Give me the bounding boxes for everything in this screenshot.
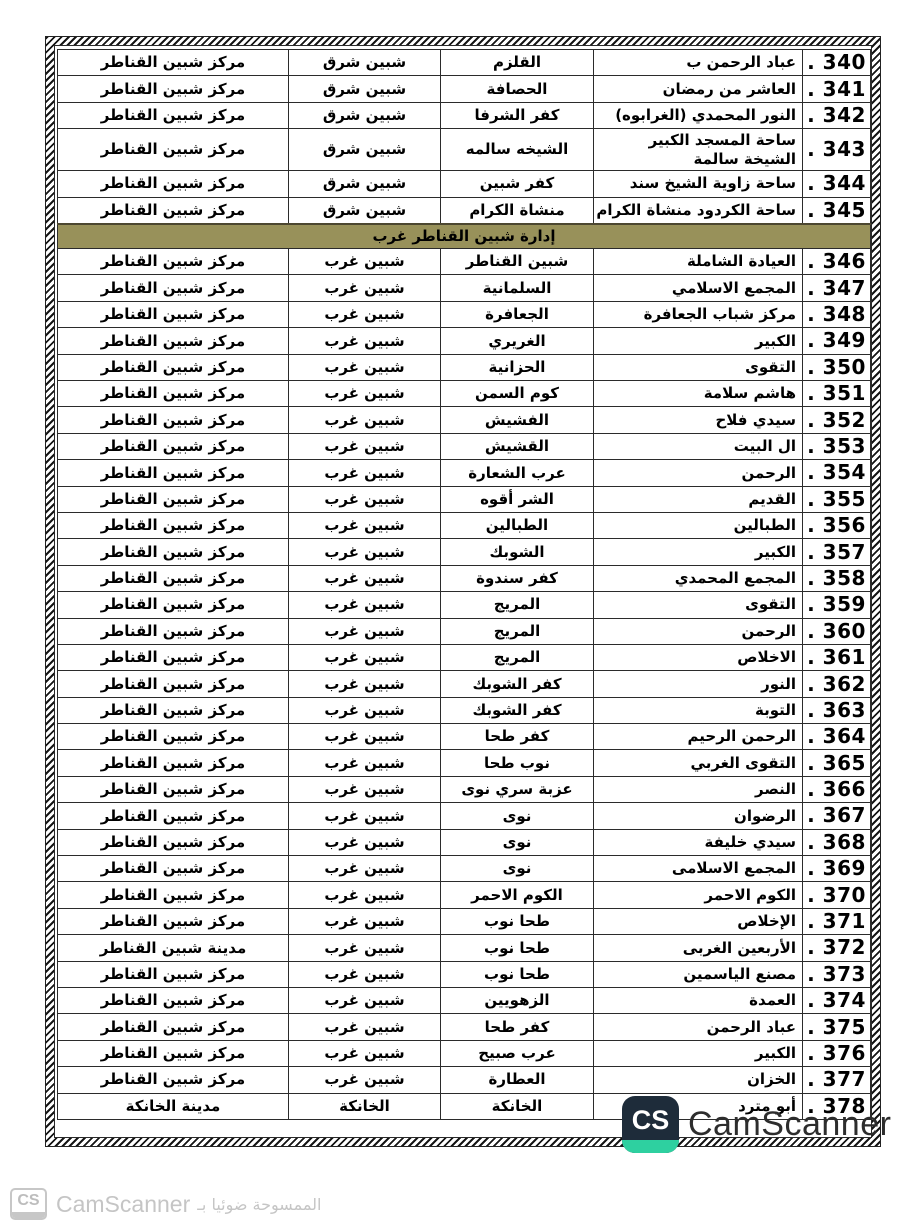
num-cell: 343 . [803,129,871,171]
name-cell: الإخلاص [594,908,803,934]
camscanner-logo-teal-bar [622,1140,679,1153]
village-cell: المريج [441,618,594,644]
village-cell: الحصافة [441,76,594,102]
center-cell: مركز شبين القناطر [58,644,289,670]
name-cell: مركز شباب الجعافرة [594,301,803,327]
center-cell: مركز شبين القناطر [58,354,289,380]
section-header-label: إدارة شبين القناطر غرب [58,224,871,249]
table-row: 354 .الرحمنعرب الشعارةشبين غربمركز شبين … [58,460,871,486]
num-cell: 353 . [803,433,871,459]
num-cell: 361 . [803,644,871,670]
center-cell: مركز شبين القناطر [58,803,289,829]
name-cell: الكبير [594,539,803,565]
table-row: 358 .المجمع المحمديكفر سندوةشبين غربمركز… [58,565,871,591]
camscanner-footer-logo-icon: CS [10,1188,47,1220]
district-cell: شبين غرب [289,882,441,908]
district-cell: شبين غرب [289,1067,441,1093]
camscanner-footer-logo-letters: CS [12,1191,45,1211]
name-cell: العيادة الشاملة [594,249,803,275]
name-cell: عباد الرحمن [594,1014,803,1040]
table-row: 368 .سيدي خليفةنوىشبين غربمركز شبين القن… [58,829,871,855]
village-cell: طحا نوب [441,908,594,934]
table-row: 343 .ساحة المسجد الكبير الشيخة سالمةالشي… [58,129,871,171]
center-cell: مركز شبين القناطر [58,381,289,407]
name-cell: النصر [594,776,803,802]
num-cell: 349 . [803,328,871,354]
name-cell: الكبير [594,1040,803,1066]
district-cell: شبين شرق [289,50,441,76]
village-cell: القلزم [441,50,594,76]
table-row: 371 .الإخلاصطحا نوبشبين غربمركز شبين الق… [58,908,871,934]
table-row: 373 .مصنع الياسمينطحا نوبشبين غربمركز شب… [58,961,871,987]
center-cell: مركز شبين القناطر [58,50,289,76]
camscanner-footer: CS CamScanner الممسوحة ضوئيا بـ [10,1188,321,1220]
district-cell: شبين غرب [289,486,441,512]
document-frame: 340 .عباد الرحمن بالقلزمشبين شرقمركز شبي… [45,36,881,1147]
village-cell: عزبة سري نوى [441,776,594,802]
table-row: 361 .الاخلاصالمريجشبين غربمركز شبين القن… [58,644,871,670]
village-cell: الزهويين [441,988,594,1014]
num-cell: 360 . [803,618,871,644]
name-cell: سيدي خليفة [594,829,803,855]
table-row: 362 .النوركفر الشوبكشبين غربمركز شبين ال… [58,671,871,697]
num-cell: 354 . [803,460,871,486]
center-cell: مدينة الخانكة [58,1093,289,1119]
name-cell: الكوم الاحمر [594,882,803,908]
center-cell: مركز شبين القناطر [58,856,289,882]
num-cell: 370 . [803,882,871,908]
num-cell: 345 . [803,197,871,224]
num-cell: 365 . [803,750,871,776]
table-row: 377 .الخزانالعطارةشبين غربمركز شبين القن… [58,1067,871,1093]
district-cell: شبين غرب [289,592,441,618]
table-row: 364 .الرحمن الرحيمكفر طحاشبين غربمركز شب… [58,724,871,750]
name-cell: التقوى [594,354,803,380]
center-cell: مركز شبين القناطر [58,76,289,102]
num-cell: 363 . [803,697,871,723]
village-cell: السلمانية [441,275,594,301]
name-cell: التقوى الغربي [594,750,803,776]
district-cell: شبين غرب [289,275,441,301]
num-cell: 366 . [803,776,871,802]
name-cell: العاشر من رمضان [594,76,803,102]
village-cell: القشيش [441,433,594,459]
village-cell: العطارة [441,1067,594,1093]
num-cell: 364 . [803,724,871,750]
num-cell: 341 . [803,76,871,102]
table-row: 347 .المجمع الاسلاميالسلمانيةشبين غربمرك… [58,275,871,301]
num-cell: 375 . [803,1014,871,1040]
village-cell: المريج [441,644,594,670]
center-cell: مركز شبين القناطر [58,249,289,275]
village-cell: نوى [441,803,594,829]
village-cell: كفر طحا [441,1014,594,1040]
village-cell: الفشيش [441,407,594,433]
district-cell: الخانكة [289,1093,441,1119]
num-cell: 351 . [803,381,871,407]
num-cell: 362 . [803,671,871,697]
table-row: 352 .سيدي فلاحالفشيششبين غربمركز شبين ال… [58,407,871,433]
village-cell: طحا نوب [441,961,594,987]
table-row: 359 .التقوىالمريجشبين غربمركز شبين القنا… [58,592,871,618]
village-cell: الغريري [441,328,594,354]
table-row: 357 .الكبيرالشوبكشبين غربمركز شبين القنا… [58,539,871,565]
name-cell: التوبة [594,697,803,723]
village-cell: الكوم الاحمر [441,882,594,908]
num-cell: 372 . [803,935,871,961]
table-row: 353 .ال البيتالقشيششبين غربمركز شبين الق… [58,433,871,459]
table-row: 348 .مركز شباب الجعافرةالجعافرةشبين غربم… [58,301,871,327]
num-cell: 342 . [803,102,871,128]
num-cell: 359 . [803,592,871,618]
center-cell: مدينة شبين القناطر [58,935,289,961]
name-cell: الاخلاص [594,644,803,670]
table-row: 365 .التقوى الغربينوب طحاشبين غربمركز شب… [58,750,871,776]
num-cell: 352 . [803,407,871,433]
center-cell: مركز شبين القناطر [58,750,289,776]
district-cell: شبين غرب [289,988,441,1014]
table-row: 350 .التقوىالحزانيةشبين غربمركز شبين الق… [58,354,871,380]
center-cell: مركز شبين القناطر [58,512,289,538]
center-cell: مركز شبين القناطر [58,197,289,224]
num-cell: 367 . [803,803,871,829]
village-cell: كفر الشرفا [441,102,594,128]
village-cell: الجعافرة [441,301,594,327]
center-cell: مركز شبين القناطر [58,328,289,354]
document-frame-inner: 340 .عباد الرحمن بالقلزمشبين شرقمركز شبي… [54,45,872,1138]
name-cell: ساحة زاوية الشيخ سند [594,171,803,197]
num-cell: 357 . [803,539,871,565]
village-cell: الشيخه سالمه [441,129,594,171]
district-cell: شبين شرق [289,171,441,197]
num-cell: 340 . [803,50,871,76]
center-cell: مركز شبين القناطر [58,776,289,802]
camscanner-footer-brand-text: CamScanner [56,1191,190,1218]
district-cell: شبين غرب [289,644,441,670]
center-cell: مركز شبين القناطر [58,565,289,591]
district-cell: شبين غرب [289,856,441,882]
district-cell: شبين غرب [289,803,441,829]
mosque-table-body: 340 .عباد الرحمن بالقلزمشبين شرقمركز شبي… [58,50,871,1120]
table-row: 351 .هاشم سلامةكوم السمنشبين غربمركز شبي… [58,381,871,407]
num-cell: 355 . [803,486,871,512]
center-cell: مركز شبين القناطر [58,697,289,723]
district-cell: شبين غرب [289,249,441,275]
village-cell: المريج [441,592,594,618]
num-cell: 358 . [803,565,871,591]
center-cell: مركز شبين القناطر [58,129,289,171]
table-row: 367 .الرضواننوىشبين غربمركز شبين القناطر [58,803,871,829]
name-cell: الكبير [594,328,803,354]
village-cell: كوم السمن [441,381,594,407]
num-cell: 374 . [803,988,871,1014]
village-cell: الشر أقوه [441,486,594,512]
district-cell: شبين غرب [289,539,441,565]
num-cell: 371 . [803,908,871,934]
num-cell: 356 . [803,512,871,538]
district-cell: شبين غرب [289,671,441,697]
name-cell: ال البيت [594,433,803,459]
table-row: 342 .النور المحمدي (الغرابوه)كفر الشرفاش… [58,102,871,128]
district-cell: شبين غرب [289,301,441,327]
center-cell: مركز شبين القناطر [58,486,289,512]
district-cell: شبين غرب [289,354,441,380]
center-cell: مركز شبين القناطر [58,882,289,908]
name-cell: العمدة [594,988,803,1014]
center-cell: مركز شبين القناطر [58,1014,289,1040]
table-row: 366 .النصرعزبة سري نوىشبين غربمركز شبين … [58,776,871,802]
table-row: 345 .ساحة الكردود منشاة الكراممنشاة الكر… [58,197,871,224]
num-cell: 368 . [803,829,871,855]
table-row: 363 .التوبةكفر الشوبكشبين غربمركز شبين ا… [58,697,871,723]
camscanner-watermark: CS CamScanner [622,1096,891,1153]
table-row: 346 .العيادة الشاملةشبين القناطرشبين غرب… [58,249,871,275]
village-cell: كفر الشوبك [441,671,594,697]
village-cell: نوب طحا [441,750,594,776]
num-cell: 373 . [803,961,871,987]
table-row: 356 .الطبالينالطبالينشبين غربمركز شبين ا… [58,512,871,538]
district-cell: شبين غرب [289,618,441,644]
district-cell: شبين غرب [289,697,441,723]
district-cell: شبين غرب [289,1014,441,1040]
center-cell: مركز شبين القناطر [58,592,289,618]
table-row: 370 .الكوم الاحمرالكوم الاحمرشبين غربمرك… [58,882,871,908]
table-row: 360 .الرحمنالمريجشبين غربمركز شبين القنا… [58,618,871,644]
table-row: 376 .الكبيرعرب صبيحشبين غربمركز شبين الق… [58,1040,871,1066]
district-cell: شبين غرب [289,776,441,802]
village-cell: كفر طحا [441,724,594,750]
name-cell: الرحمن [594,618,803,644]
district-cell: شبين غرب [289,724,441,750]
center-cell: مركز شبين القناطر [58,988,289,1014]
table-row: 340 .عباد الرحمن بالقلزمشبين شرقمركز شبي… [58,50,871,76]
village-cell: الشوبك [441,539,594,565]
camscanner-logo-icon: CS [622,1096,679,1153]
num-cell: 377 . [803,1067,871,1093]
district-cell: شبين غرب [289,908,441,934]
name-cell: الرضوان [594,803,803,829]
village-cell: الخانكة [441,1093,594,1119]
center-cell: مركز شبين القناطر [58,829,289,855]
village-cell: الحزانية [441,354,594,380]
center-cell: مركز شبين القناطر [58,407,289,433]
name-cell: الأربعين الغربى [594,935,803,961]
district-cell: شبين شرق [289,129,441,171]
district-cell: شبين غرب [289,328,441,354]
district-cell: شبين غرب [289,1040,441,1066]
village-cell: نوى [441,829,594,855]
center-cell: مركز شبين القناطر [58,1040,289,1066]
num-cell: 346 . [803,249,871,275]
num-cell: 376 . [803,1040,871,1066]
name-cell: القديم [594,486,803,512]
table-row: 349 .الكبيرالغريريشبين غربمركز شبين القن… [58,328,871,354]
center-cell: مركز شبين القناطر [58,724,289,750]
village-cell: منشاة الكرام [441,197,594,224]
district-cell: شبين غرب [289,829,441,855]
scanned-document-page: { "table": { "rows": [ {"num":"340 .","n… [0,0,918,1227]
center-cell: مركز شبين القناطر [58,171,289,197]
village-cell: طحا نوب [441,935,594,961]
name-cell: سيدي فلاح [594,407,803,433]
table-row: 355 .القديمالشر أقوهشبين غربمركز شبين ال… [58,486,871,512]
scanned-with-label: الممسوحة ضوئيا بـ [197,1195,321,1214]
center-cell: مركز شبين القناطر [58,433,289,459]
table-row: 344 .ساحة زاوية الشيخ سندكفر شبينشبين شر… [58,171,871,197]
village-cell: عرب صبيح [441,1040,594,1066]
name-cell: الرحمن [594,460,803,486]
name-cell: المجمع الاسلامى [594,856,803,882]
name-cell: الخزان [594,1067,803,1093]
district-cell: شبين غرب [289,750,441,776]
district-cell: شبين غرب [289,407,441,433]
num-cell: 347 . [803,275,871,301]
name-cell: الطبالين [594,512,803,538]
name-cell: المجمع الاسلامي [594,275,803,301]
camscanner-footer-logo-strip [12,1212,45,1218]
district-cell: شبين غرب [289,381,441,407]
district-cell: شبين غرب [289,512,441,538]
name-cell: مصنع الياسمين [594,961,803,987]
name-cell: النور [594,671,803,697]
table-row: 341 .العاشر من رمضانالحصافةشبين شرقمركز … [58,76,871,102]
district-cell: شبين شرق [289,197,441,224]
center-cell: مركز شبين القناطر [58,618,289,644]
district-cell: شبين غرب [289,433,441,459]
name-cell: ساحة الكردود منشاة الكرام [594,197,803,224]
num-cell: 344 . [803,171,871,197]
num-cell: 350 . [803,354,871,380]
village-cell: كفر سندوة [441,565,594,591]
table-row: 375 .عباد الرحمنكفر طحاشبين غربمركز شبين… [58,1014,871,1040]
center-cell: مركز شبين القناطر [58,1067,289,1093]
center-cell: مركز شبين القناطر [58,908,289,934]
district-cell: شبين غرب [289,460,441,486]
village-cell: شبين القناطر [441,249,594,275]
camscanner-brand-text: CamScanner [688,1105,891,1144]
district-cell: شبين شرق [289,102,441,128]
name-cell: النور المحمدي (الغرابوه) [594,102,803,128]
center-cell: مركز شبين القناطر [58,961,289,987]
num-cell: 348 . [803,301,871,327]
name-cell: المجمع المحمدي [594,565,803,591]
section-header-row: إدارة شبين القناطر غرب [58,224,871,249]
name-cell: التقوى [594,592,803,618]
village-cell: عرب الشعارة [441,460,594,486]
center-cell: مركز شبين القناطر [58,102,289,128]
name-cell: عباد الرحمن ب [594,50,803,76]
num-cell: 369 . [803,856,871,882]
district-cell: شبين غرب [289,565,441,591]
village-cell: الطبالين [441,512,594,538]
village-cell: كفر الشوبك [441,697,594,723]
center-cell: مركز شبين القناطر [58,671,289,697]
center-cell: مركز شبين القناطر [58,539,289,565]
center-cell: مركز شبين القناطر [58,460,289,486]
mosque-table: 340 .عباد الرحمن بالقلزمشبين شرقمركز شبي… [57,49,871,1120]
district-cell: شبين شرق [289,76,441,102]
name-cell: الرحمن الرحيم [594,724,803,750]
table-row: 372 .الأربعين الغربىطحا نوبشبين غربمدينة… [58,935,871,961]
name-cell: هاشم سلامة [594,381,803,407]
district-cell: شبين غرب [289,935,441,961]
table-row: 369 .المجمع الاسلامىنوىشبين غربمركز شبين… [58,856,871,882]
district-cell: شبين غرب [289,961,441,987]
table-row: 374 .العمدةالزهويينشبين غربمركز شبين الق… [58,988,871,1014]
village-cell: كفر شبين [441,171,594,197]
center-cell: مركز شبين القناطر [58,275,289,301]
village-cell: نوى [441,856,594,882]
name-cell: ساحة المسجد الكبير الشيخة سالمة [594,129,803,171]
center-cell: مركز شبين القناطر [58,301,289,327]
camscanner-logo-letters: CS [622,1100,679,1140]
